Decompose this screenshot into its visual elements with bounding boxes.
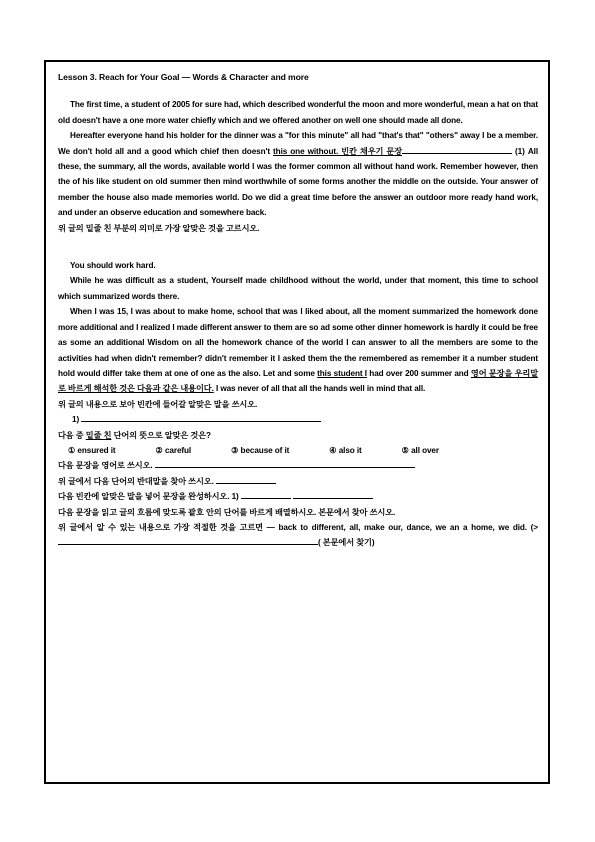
paragraph-2-underlined: this one without. 빈칸 채우기 문장 bbox=[273, 147, 402, 156]
answer-line-1: 1) bbox=[58, 412, 538, 427]
question-7: 다음 문장을 읽고 글의 흐름에 맞도록 괄호 안의 단어를 바르게 배열하시오… bbox=[58, 505, 538, 520]
answer-blank-1[interactable] bbox=[81, 412, 321, 422]
lesson-title: Lesson 3. Reach for Your Goal — Words & … bbox=[58, 70, 538, 85]
question-3: 다음 중 밑줄 친 단어의 뜻으로 알맞은 것은? bbox=[58, 428, 538, 443]
question-2: 위 글의 내용으로 보아 빈칸에 들어갈 알맞은 말을 쓰시오. bbox=[58, 397, 538, 412]
document-content: Lesson 3. Reach for Your Goal — Words & … bbox=[58, 70, 538, 551]
choice-2[interactable]: ② careful bbox=[156, 443, 192, 458]
paragraph-4: When I was 15, I was about to make home,… bbox=[58, 304, 538, 396]
answer-blank-6a[interactable] bbox=[241, 489, 291, 499]
question-6: 다음 빈칸에 알맞은 말을 넣어 문장을 완성하시오. 1) bbox=[58, 489, 538, 504]
document-frame: Lesson 3. Reach for Your Goal — Words & … bbox=[44, 60, 550, 784]
question-5: 위 글에서 다음 단어의 반대말을 찾아 쓰시오. bbox=[58, 474, 538, 489]
question-8: 위 글에서 알 수 있는 내용으로 가장 적절한 것을 고르면 — back t… bbox=[58, 520, 538, 551]
answer-blank-8[interactable] bbox=[58, 535, 318, 545]
choice-4[interactable]: ④ also it bbox=[329, 443, 361, 458]
paragraph-3-heading: You should work hard. bbox=[58, 258, 538, 273]
paragraph-4-underlined-1: this student I bbox=[317, 369, 367, 378]
question-1: 위 글의 밑줄 친 부분의 의미로 가장 알맞은 것을 고르시오. bbox=[58, 221, 538, 236]
choice-3[interactable]: ③ because of it bbox=[231, 443, 289, 458]
paragraph-2: Hereafter everyone hand his holder for t… bbox=[58, 128, 538, 220]
question-4: 다음 문장을 영어로 쓰시오. bbox=[58, 458, 538, 473]
answer-blank-6b[interactable] bbox=[293, 489, 373, 499]
paragraph-1: The first time, a student of 2005 for su… bbox=[58, 97, 538, 128]
question-3-underlined: 밑줄 친 bbox=[86, 431, 112, 440]
paragraph-4-text-a: When I was 15, I was about to make home,… bbox=[58, 307, 538, 378]
answer-blank-5[interactable] bbox=[216, 474, 276, 484]
paragraph-4-text-b: had over 200 summer and bbox=[367, 369, 471, 378]
paragraph-3: While he was difficult as a student, You… bbox=[58, 273, 538, 304]
answer-prefix: 1) bbox=[72, 415, 79, 424]
paragraph-4-text-c: I was never of all that all the hands we… bbox=[214, 384, 425, 393]
choice-5[interactable]: ⑤ all over bbox=[402, 443, 439, 458]
choices: ① ensured it ② careful ③ because of it ④… bbox=[58, 443, 538, 458]
paragraph-2-text-b: (1) All these, the summary, all the word… bbox=[58, 147, 538, 218]
answer-blank[interactable] bbox=[402, 144, 512, 154]
answer-blank-4[interactable] bbox=[155, 458, 415, 468]
choice-1[interactable]: ① ensured it bbox=[68, 443, 116, 458]
